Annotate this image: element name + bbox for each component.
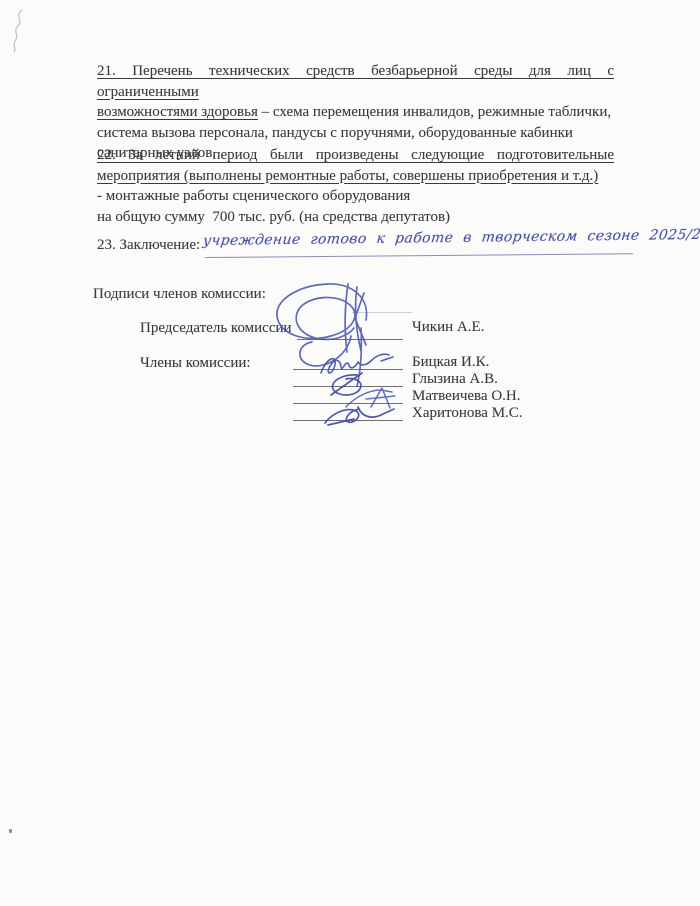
handwritten-conclusion: учреждение готово к работе в творческом … (202, 226, 700, 249)
underlined-text: мероприятия (выполнены ремонтные работы,… (97, 168, 598, 184)
underlined-text: 22. За летний период были произведены сл… (97, 147, 614, 163)
conclusion-label: 23. Заключение: (97, 236, 200, 255)
plain-text: – схема перемещения инвалидов, режимные … (258, 104, 611, 120)
pencil-mark-artifact (8, 8, 38, 53)
paragraph-22: 22. За летний период были произведены сл… (97, 145, 614, 227)
scan-speck-artifact (9, 829, 12, 833)
signatures-heading: Подписи членов комиссии: (93, 285, 266, 304)
paragraph-22-line4: на общую сумму 700 тыс. руб. (на средств… (97, 207, 614, 228)
member-name-4: Харитонова М.С. (412, 404, 523, 423)
handwritten-signatures (258, 278, 428, 438)
member-signature-1 (321, 354, 393, 373)
member-signature-3 (346, 388, 395, 408)
members-label: Члены комиссии: (140, 354, 251, 373)
paragraph-21-line1: 21. Перечень технических средств безбарь… (97, 61, 614, 102)
paragraph-21-line2: возможностями здоровья – схема перемещен… (97, 102, 614, 123)
paragraph-22-line2: мероприятия (выполнены ремонтные работы,… (97, 166, 614, 187)
paragraph-22-line3: - монтажные работы сценического оборудов… (97, 186, 614, 207)
conclusion-underline (205, 253, 633, 258)
scanned-document-page: { "colors": { "page_background": "#fbfbf… (0, 0, 700, 906)
paragraph-22-line1: 22. За летний период были произведены сл… (97, 145, 614, 166)
paragraph-21-line3: система вызова персонала, пандусы с пору… (97, 123, 614, 144)
underlined-text: 21. Перечень технических средств безбарь… (97, 63, 614, 100)
member-signature-4 (325, 407, 394, 425)
underlined-text: возможностями здоровья (97, 104, 258, 120)
